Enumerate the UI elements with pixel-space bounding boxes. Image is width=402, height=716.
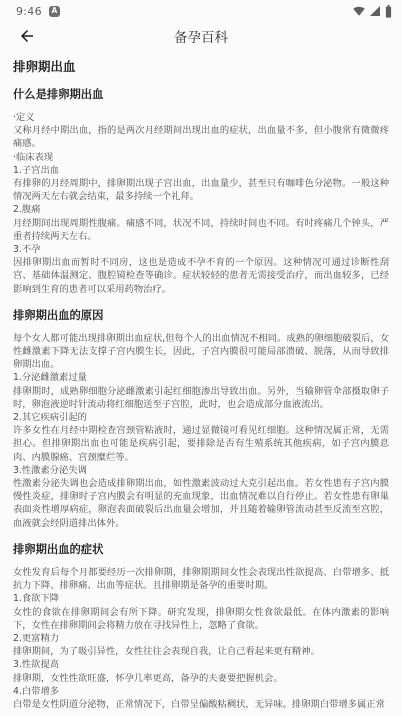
paragraph: 每个女人都可能出现排卵期出血症状,但每个人的出血情况不相同。成熟的卵细胞破裂后，… (13, 332, 389, 372)
numbered-label: 4.白带增多 (13, 685, 389, 698)
article-title: 排卵期出血 (13, 59, 389, 75)
app-bar: 备孕百科 (0, 20, 402, 52)
paragraph: 排卵期时，成熟卵细胞分泌雌激素引起红细胞渗出导致出血。另外，当输卵管伞部摄取卵子… (13, 385, 389, 411)
paragraph: 排卵期，女性性欲旺盛，怀孕几率更高，备孕的夫妻要把握机会。 (13, 672, 389, 685)
numbered-label: 3.性欲提高 (13, 658, 389, 671)
bullet-label: ·定义 (13, 111, 389, 124)
page-title: 备孕百科 (0, 26, 402, 46)
numbered-label: 1.子宫出血 (13, 164, 389, 177)
paragraph: 排卵期间，为了吸引异性，女性往往会表现自我，让自己看起来更有精神。 (13, 645, 389, 658)
notification-app-icon: A (49, 6, 60, 17)
paragraph: 月经期间出现周期性腹痛。痛感不同，状况不同，持续时间也不同。有时疼痛几个钟头，严… (13, 217, 389, 243)
numbered-label: 3.性激素分泌失调 (13, 464, 389, 477)
paragraph: 性激素分泌失调也会造成排卵期出血，如性激素波动过大克引起出血。若女性患有子宫内膜… (13, 477, 389, 530)
section-heading: 排卵期出血的原因 (13, 309, 389, 323)
clock: 9:46 (16, 5, 42, 18)
status-bar: 9:46 A (0, 0, 402, 20)
numbered-label: 3.不孕 (13, 243, 389, 256)
paragraph: 许多女性在月经中期检查宫颈管粘液时，通过显微镜可看见红细胞。这种情况属正常，无需… (13, 424, 389, 464)
section-heading: 排卵期出血的症状 (13, 543, 389, 557)
paragraph: 女性发育后每个月都要经历一次排卵期，排卵期期间女性会表现出性欲提高、白带增多、抵… (13, 566, 389, 592)
battery-icon (385, 5, 392, 18)
section-symptoms: 排卵期出血的症状 女性发育后每个月都要经历一次排卵期，排卵期期间女性会表现出性欲… (13, 543, 389, 711)
numbered-label: 1.食欲下降 (13, 592, 389, 605)
paragraph: 白带是女性阴道分泌物，正常情况下，白带呈偏酸粘稠状，无异味。排卵期白带增多属正常 (13, 698, 389, 711)
section-what-is: 什么是排卵期出血 ·定义 又称月经中期出血，指的是两次月经期间出现出血的症状，出… (13, 88, 389, 296)
numbered-label: 2.其它疾病引起的 (13, 411, 389, 424)
numbered-label: 1.分泌雌激素过量 (13, 371, 389, 384)
paragraph: 因排卵期出血而暂时不同房，这也是造成不孕不育的一个原因。这种情况可通过诊断性刮宫… (13, 256, 389, 296)
paragraph: 又称月经中期出血，指的是两次月经期间出现出血的症状，出血量不多，但小腹常有微微疼… (13, 124, 389, 150)
numbered-label: 2.腹痛 (13, 203, 389, 216)
cellular-signal-icon (369, 5, 381, 17)
paragraph: 女性的食欲在排卵期间会有所下降。研究发现，排卵期女性食欲最低。在体内激素的影响下… (13, 606, 389, 632)
bullet-label: ·临床表现 (13, 151, 389, 164)
article-content[interactable]: 排卵期出血 什么是排卵期出血 ·定义 又称月经中期出血，指的是两次月经期间出现出… (0, 59, 402, 711)
back-button[interactable] (16, 25, 38, 47)
paragraph: 有排卵的月经周期中，排卵期出现子宫出血，出血量少，甚至只有咖啡色分泌物。一般这种… (13, 177, 389, 203)
wifi-icon (353, 5, 365, 17)
section-causes: 排卵期出血的原因 每个女人都可能出现排卵期出血症状,但每个人的出血情况不相同。成… (13, 309, 389, 530)
numbered-label: 2.更富精力 (13, 632, 389, 645)
section-heading: 什么是排卵期出血 (13, 88, 389, 102)
